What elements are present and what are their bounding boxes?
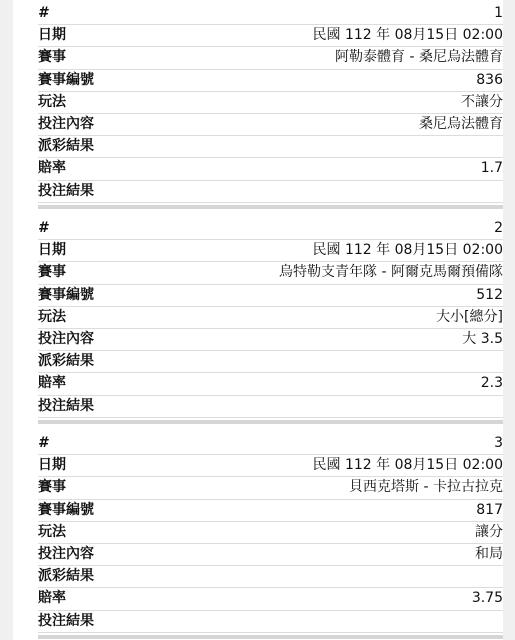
row-bet-result: 投注結果: [38, 396, 503, 418]
row-play-type: 玩法 讓分: [38, 522, 503, 544]
bet-record: # 2 日期 民國 112 年 08月15日 02:00 賽事 烏特勒支青年隊 …: [38, 218, 503, 433]
bet-list: # 1 日期 民國 112 年 08月15日 02:00 賽事 阿勒泰體育 - …: [38, 3, 503, 640]
index-label: #: [38, 3, 48, 24]
row-match-no: 賽事編號 817: [38, 500, 503, 522]
row-date: 日期 民國 112 年 08月15日 02:00: [38, 25, 503, 47]
section-divider: [38, 420, 503, 424]
date-value: 民國 112 年 08月15日 02:00: [313, 240, 504, 261]
row-index: # 3: [38, 433, 503, 455]
row-odds: 賠率 2.3: [38, 373, 503, 395]
row-play-type: 玩法 大小[總分]: [38, 307, 503, 329]
play-type-value: 不讓分: [461, 92, 503, 113]
row-match: 賽事 阿勒泰體育 - 桑尼烏法體育: [38, 47, 503, 69]
index-value: 3: [494, 433, 503, 454]
row-payout-result: 派彩結果: [38, 136, 503, 158]
row-bet-result: 投注結果: [38, 611, 503, 633]
match-label: 賽事: [38, 262, 66, 283]
index-value: 2: [494, 218, 503, 239]
index-label: #: [38, 433, 48, 454]
bet-result-label: 投注結果: [38, 611, 94, 632]
match-no-label: 賽事編號: [38, 70, 94, 91]
index-label: #: [38, 218, 48, 239]
odds-label: 賠率: [38, 373, 66, 394]
bet-record: # 1 日期 民國 112 年 08月15日 02:00 賽事 阿勒泰體育 - …: [38, 3, 503, 218]
odds-value: 3.75: [472, 588, 503, 609]
match-value: 貝西克塔斯 - 卡拉古拉克: [349, 477, 503, 498]
row-index: # 1: [38, 3, 503, 25]
match-no-value: 817: [476, 500, 503, 521]
match-value: 烏特勒支青年隊 - 阿爾克馬爾預備隊: [279, 262, 503, 283]
bet-content-label: 投注內容: [38, 114, 94, 135]
section-divider: [38, 635, 503, 639]
match-label: 賽事: [38, 477, 66, 498]
match-no-label: 賽事編號: [38, 500, 94, 521]
payout-result-label: 派彩結果: [38, 566, 94, 587]
row-match: 賽事 貝西克塔斯 - 卡拉古拉克: [38, 477, 503, 499]
bet-content-label: 投注內容: [38, 544, 94, 565]
bet-content-value: 桑尼烏法體育: [419, 114, 503, 135]
row-date: 日期 民國 112 年 08月15日 02:00: [38, 455, 503, 477]
odds-value: 1.7: [481, 158, 503, 179]
play-type-label: 玩法: [38, 307, 66, 328]
row-play-type: 玩法 不讓分: [38, 92, 503, 114]
date-value: 民國 112 年 08月15日 02:00: [313, 455, 504, 476]
odds-value: 2.3: [481, 373, 503, 394]
odds-label: 賠率: [38, 158, 66, 179]
index-value: 1: [494, 3, 503, 24]
bet-content-label: 投注內容: [38, 329, 94, 350]
row-odds: 賠率 3.75: [38, 588, 503, 610]
row-bet-result: 投注結果: [38, 181, 503, 203]
bet-content-value: 大 3.5: [462, 329, 503, 350]
row-payout-result: 派彩結果: [38, 566, 503, 588]
match-no-label: 賽事編號: [38, 285, 94, 306]
play-type-value: 大小[總分]: [436, 307, 503, 328]
play-type-value: 讓分: [475, 522, 503, 543]
bet-result-label: 投注結果: [38, 396, 94, 417]
row-date: 日期 民國 112 年 08月15日 02:00: [38, 240, 503, 262]
row-match-no: 賽事編號 836: [38, 70, 503, 92]
section-divider: [38, 205, 503, 209]
match-label: 賽事: [38, 47, 66, 68]
payout-result-label: 派彩結果: [38, 351, 94, 372]
row-payout-result: 派彩結果: [38, 351, 503, 373]
bet-result-label: 投注結果: [38, 181, 94, 202]
match-no-value: 512: [476, 285, 503, 306]
date-value: 民國 112 年 08月15日 02:00: [313, 25, 504, 46]
payout-result-label: 派彩結果: [38, 136, 94, 157]
bet-content-value: 和局: [475, 544, 503, 565]
row-index: # 2: [38, 218, 503, 240]
play-type-label: 玩法: [38, 92, 66, 113]
match-value: 阿勒泰體育 - 桑尼烏法體育: [335, 47, 503, 68]
bet-record: # 3 日期 民國 112 年 08月15日 02:00 賽事 貝西克塔斯 - …: [38, 433, 503, 640]
date-label: 日期: [38, 240, 66, 261]
row-match: 賽事 烏特勒支青年隊 - 阿爾克馬爾預備隊: [38, 262, 503, 284]
bet-history-card: # 1 日期 民國 112 年 08月15日 02:00 賽事 阿勒泰體育 - …: [13, 0, 503, 640]
row-bet-content: 投注內容 大 3.5: [38, 329, 503, 351]
row-match-no: 賽事編號 512: [38, 285, 503, 307]
odds-label: 賠率: [38, 588, 66, 609]
row-bet-content: 投注內容 和局: [38, 544, 503, 566]
play-type-label: 玩法: [38, 522, 66, 543]
row-bet-content: 投注內容 桑尼烏法體育: [38, 114, 503, 136]
date-label: 日期: [38, 25, 66, 46]
date-label: 日期: [38, 455, 66, 476]
match-no-value: 836: [476, 70, 503, 91]
row-odds: 賠率 1.7: [38, 158, 503, 180]
